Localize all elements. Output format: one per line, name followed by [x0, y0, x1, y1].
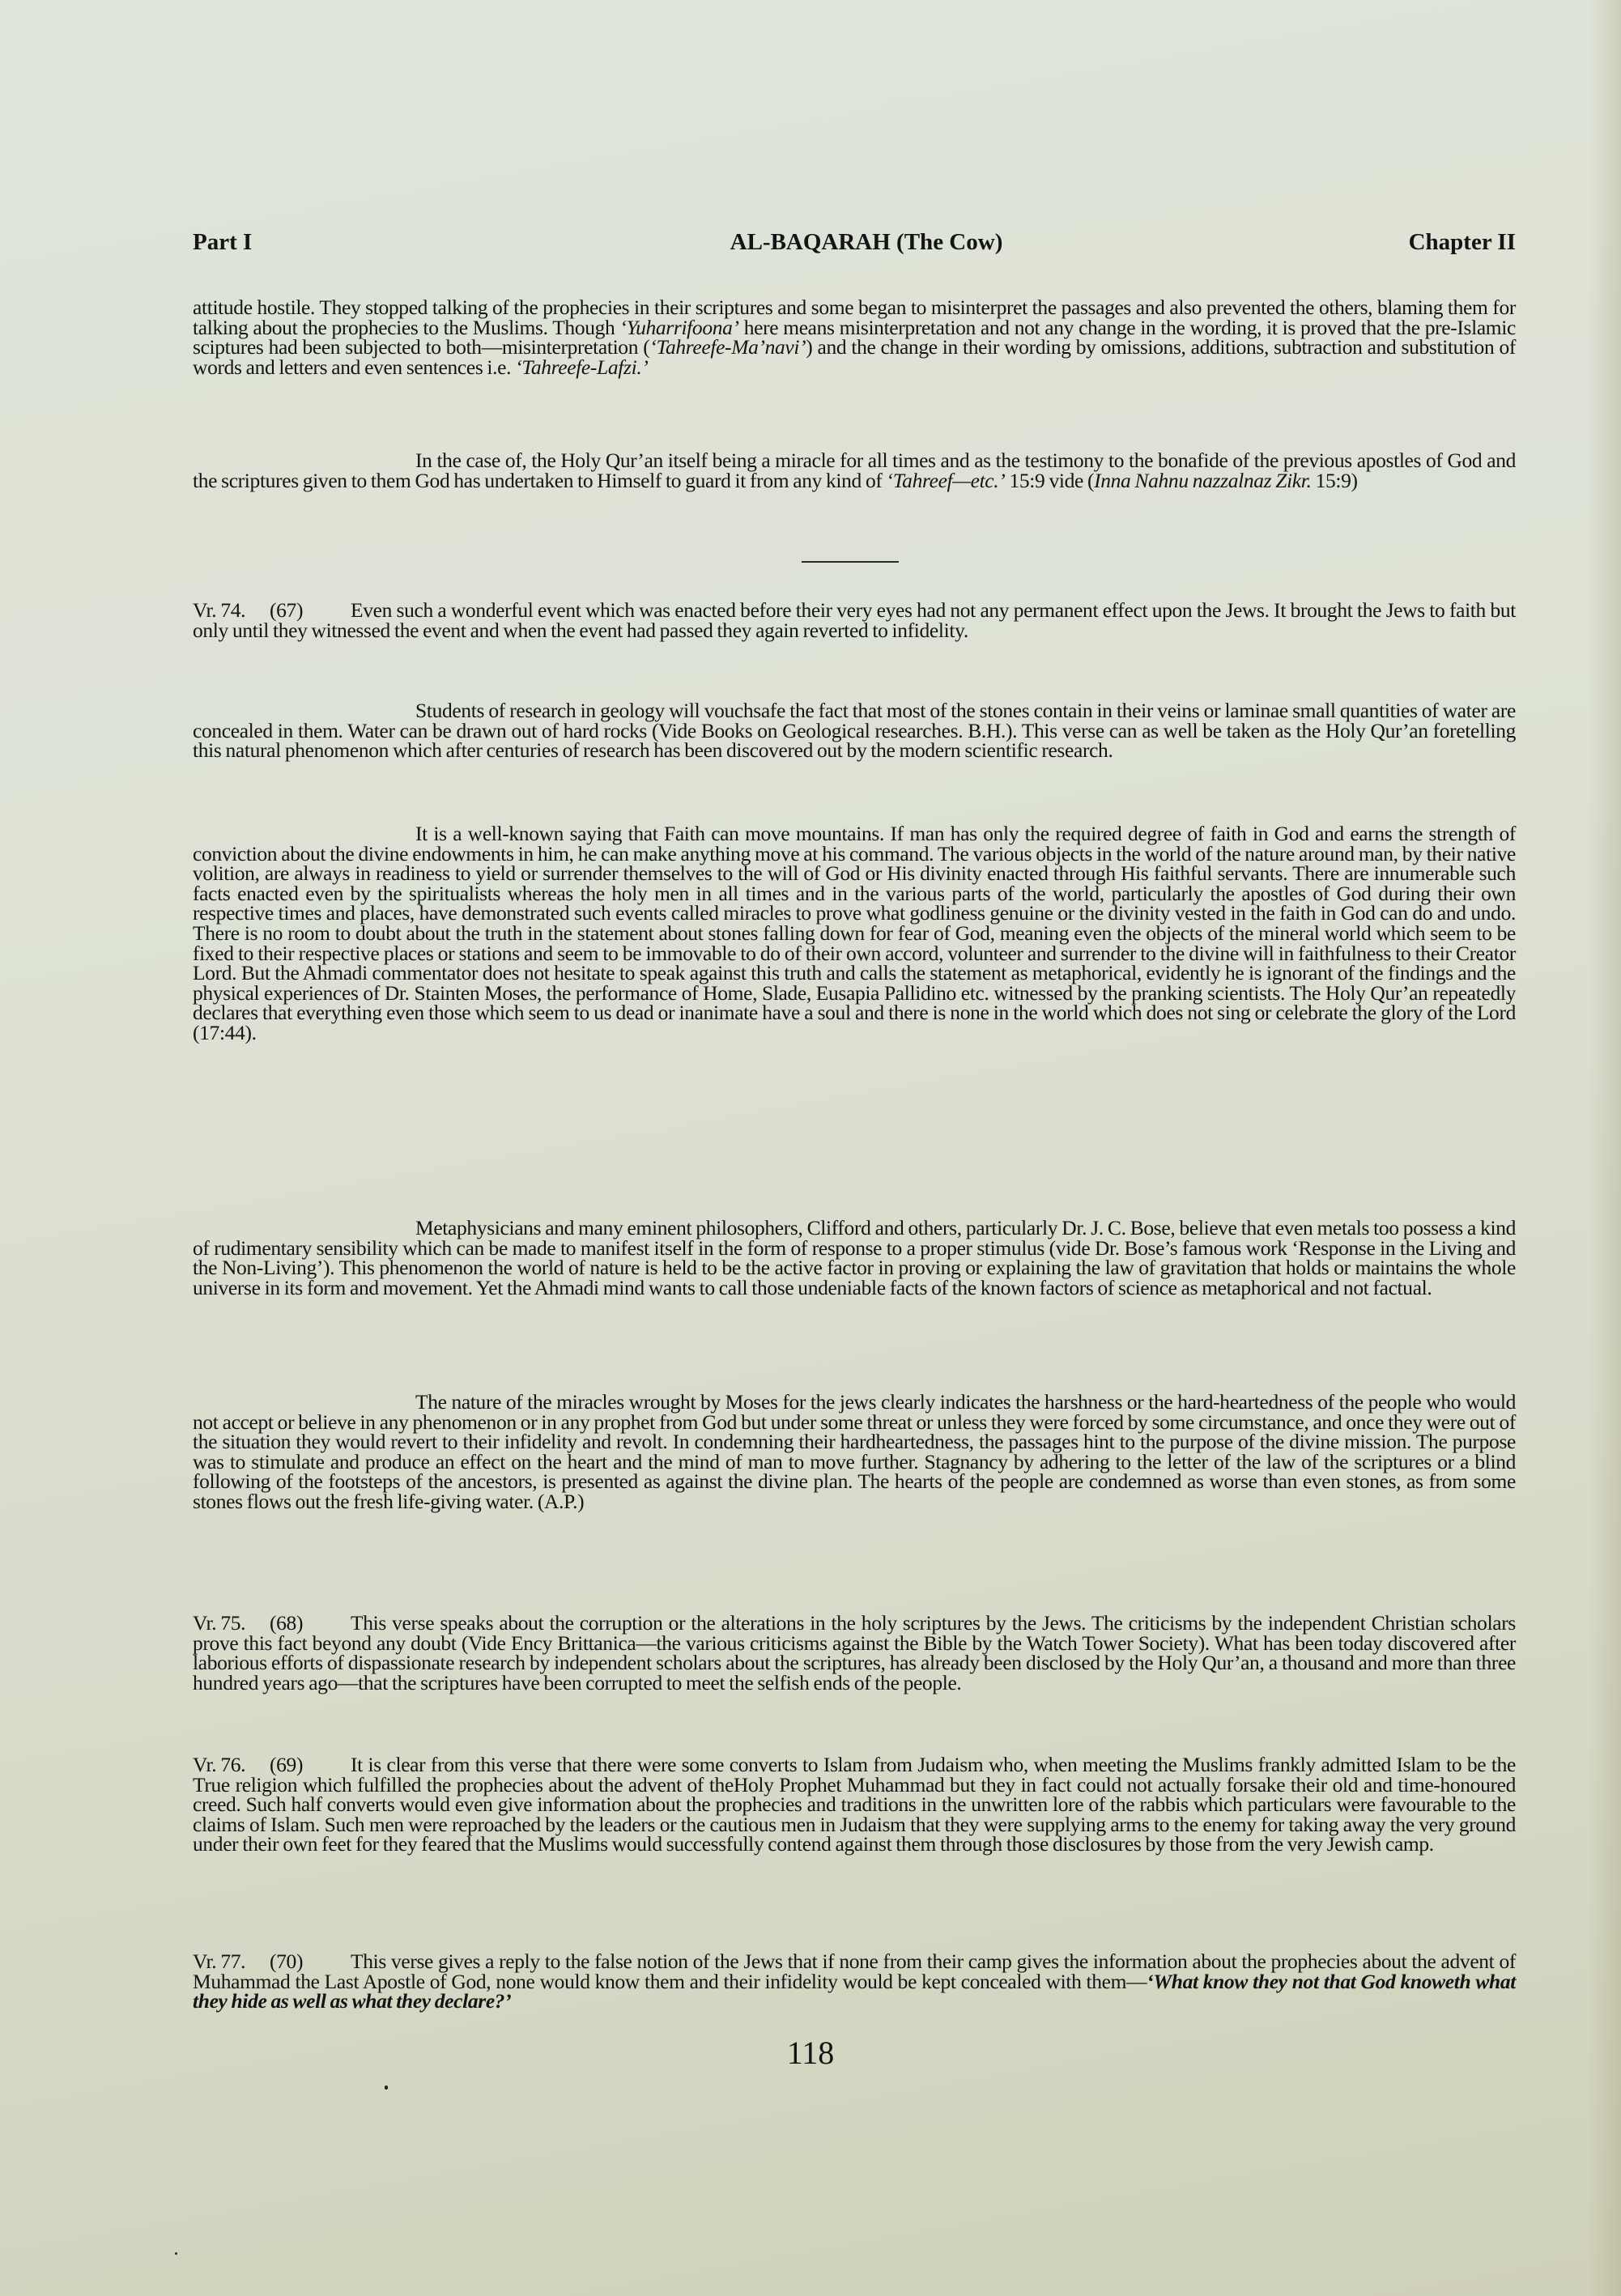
scan-speck — [385, 2086, 388, 2090]
paragraph-text: It is a well-known saying that Faith can… — [193, 824, 1516, 1044]
note-text: It is clear from this verse that there w… — [193, 1753, 1516, 1856]
scan-speck — [175, 2252, 177, 2255]
verse-note-75: Vr. 75.(68)This verse speaks about the c… — [193, 1614, 1516, 1693]
verse-note-76: Vr. 76.(69)It is clear from this verse t… — [193, 1755, 1516, 1855]
paragraph-continuation: attitude hostile. They stopped talking o… — [193, 298, 1516, 377]
paragraph-text: Students of research in geology will vou… — [193, 701, 1516, 761]
section-divider — [802, 561, 899, 563]
note-text: This verse speaks about the corruption o… — [193, 1611, 1516, 1694]
page-edge-shadow — [1589, 0, 1621, 2296]
note-text: Even such a wonderful event which was en… — [193, 598, 1516, 642]
italic-term: ‘Tahreef—etc.’ — [887, 469, 1006, 492]
running-header: Part I AL-BAQARAH (The Cow) Chapter II — [193, 229, 1516, 261]
italic-term: ‘Tahreefe-Ma’navi’ — [649, 335, 806, 359]
header-title: AL-BAQARAH (The Cow) — [193, 229, 1516, 256]
paragraph-text: The nature of the miracles wrought by Mo… — [193, 1392, 1516, 1512]
paragraph-geology: Students of research in geology will vou… — [193, 701, 1516, 761]
paragraph-faith: It is a well-known saying that Faith can… — [193, 824, 1516, 1044]
paragraph-text: Metaphysicians and many eminent philosop… — [193, 1218, 1516, 1298]
page-number: 118 — [0, 2034, 1621, 2072]
italic-term: Inna Nahnu nazzalnaz Zikr. — [1094, 469, 1311, 492]
paragraph-miracles-moses: The nature of the miracles wrought by Mo… — [193, 1392, 1516, 1512]
text-run: 15:9) — [1312, 469, 1358, 492]
paragraph-metaphysicians: Metaphysicians and many eminent philosop… — [193, 1218, 1516, 1298]
text-run: 15:9 vide ( — [1005, 469, 1094, 492]
header-chapter: Chapter II — [1409, 229, 1516, 256]
italic-term: ‘Tahreefe-Lafzi.’ — [515, 355, 648, 379]
verse-note-77: Vr. 77.(70)This verse gives a reply to t… — [193, 1952, 1516, 2012]
paragraph-quran-guard: In the case of, the Holy Qur’an itself b… — [193, 451, 1516, 491]
verse-note-74: Vr. 74.(67)Even such a wonderful event w… — [193, 601, 1516, 640]
